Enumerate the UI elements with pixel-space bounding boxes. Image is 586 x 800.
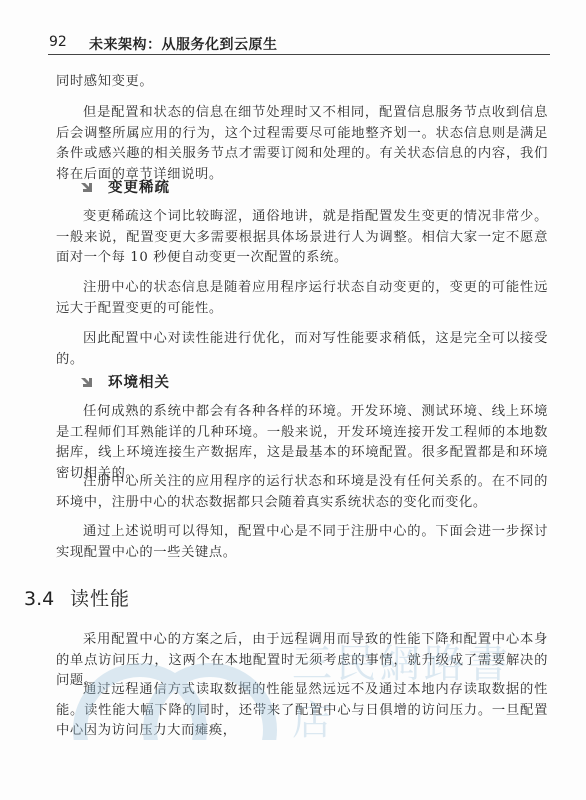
section-number: 3.4 xyxy=(24,588,70,610)
subsection-heading-sparse-changes: 变更稀疏 xyxy=(80,176,170,196)
paragraph: 但是配置和状态的信息在细节处理时又不相同，配置信息服务节点收到信息后会调整所属应… xyxy=(56,103,548,185)
subsection-title: 环境相关 xyxy=(108,375,170,391)
arrow-bullet-icon xyxy=(80,180,94,194)
subsection-heading-environment: 环境相关 xyxy=(80,371,170,391)
paragraph: 注册中心所关注的应用程序的运行状态和环境是没有任何关系的。在不同的环境中，注册中… xyxy=(56,472,548,513)
subsection-title: 变更稀疏 xyxy=(108,180,170,196)
paragraph: 同时感知变更。 xyxy=(56,72,548,93)
section-heading: 3.4读性能 xyxy=(24,584,130,611)
arrow-bullet-icon xyxy=(80,375,94,389)
running-header: 92 未来架构：从服务化到云原生 xyxy=(48,34,550,55)
paragraph: 通过远程通信方式读取数据的性能显然远远不及通过本地内存读取数据的性能。读性能大幅… xyxy=(56,680,548,742)
page-number: 92 xyxy=(49,34,67,50)
paragraph: 注册中心的状态信息是随着应用程序运行状态自动变更的，变更的可能性远远大于配置变更… xyxy=(56,278,548,319)
book-title: 未来架构：从服务化到云原生 xyxy=(89,34,278,54)
section-title: 读性能 xyxy=(70,588,130,610)
paragraph: 通过上述说明可以得知，配置中心是不同于注册中心的。下面会进一步探讨实现配置中心的… xyxy=(56,522,548,563)
paragraph: 因此配置中心对读性能进行优化，而对写性能要求稍低，这是完全可以接受的。 xyxy=(56,329,548,370)
paragraph: 变更稀疏这个词比较晦涩，通俗地讲，就是指配置发生变更的情况非常少。一般来说，配置… xyxy=(56,207,548,269)
